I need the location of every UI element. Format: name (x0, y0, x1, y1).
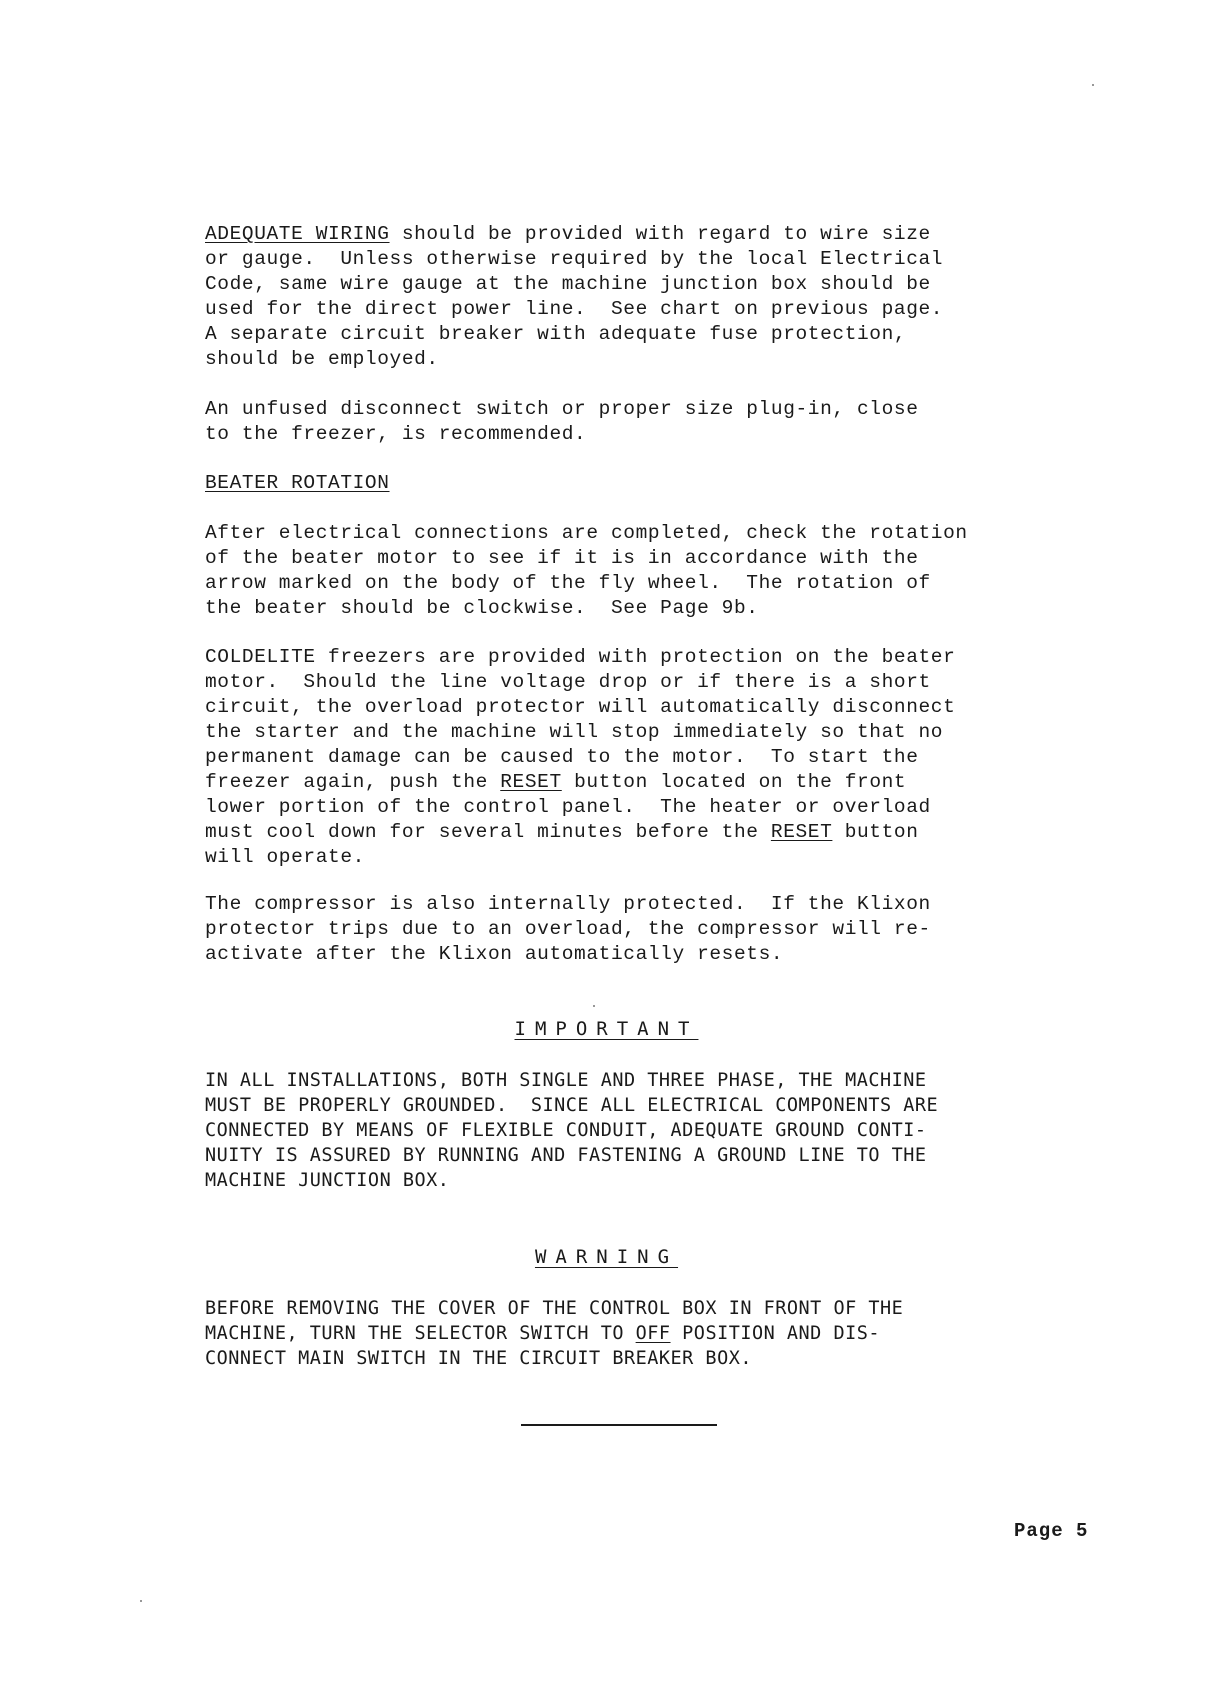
reset-term: RESET (500, 771, 562, 793)
text-line: MACHINE JUNCTION BOX. (205, 1168, 1165, 1193)
section-heading-beater-rotation: BEATER ROTATION (205, 471, 1165, 496)
text-line: permanent damage can be caused to the mo… (205, 745, 1165, 770)
text-line: NUITY IS ASSURED BY RUNNING AND FASTENIN… (205, 1143, 1165, 1168)
scan-speck (140, 1600, 142, 1602)
text-line: MUST BE PROPERLY GROUNDED. SINCE ALL ELE… (205, 1093, 1165, 1118)
text-line: must cool down for several minutes befor… (205, 820, 1165, 845)
scan-speck (1092, 84, 1094, 86)
paragraph-beater-rotation: After electrical connections are complet… (205, 521, 1165, 621)
text-line: of the beater motor to see if it is in a… (205, 546, 1165, 571)
text-line: CONNECTED BY MEANS OF FLEXIBLE CONDUIT, … (205, 1118, 1165, 1143)
text-line: Code, same wire gauge at the machine jun… (205, 272, 1165, 297)
text-line: IN ALL INSTALLATIONS, BOTH SINGLE AND TH… (205, 1068, 1165, 1093)
text-line: circuit, the overload protector will aut… (205, 695, 1165, 720)
text-line: freezer again, push the RESET button loc… (205, 770, 1165, 795)
text-line: After electrical connections are complet… (205, 521, 1165, 546)
reset-term: RESET (771, 821, 833, 843)
text-line: used for the direct power line. See char… (205, 297, 1165, 322)
text-line: CONNECT MAIN SWITCH IN THE CIRCUIT BREAK… (205, 1346, 1165, 1371)
paragraph-important: IN ALL INSTALLATIONS, BOTH SINGLE AND TH… (205, 1068, 1165, 1193)
warning-heading: WARNING (0, 1246, 1213, 1268)
text-line: activate after the Klixon automatically … (205, 942, 1165, 967)
text-line: will operate. (205, 845, 1165, 870)
text-line: the starter and the machine will stop im… (205, 720, 1165, 745)
section-heading-adequate-wiring: ADEQUATE WIRING (205, 223, 390, 245)
important-heading: IMPORTANT (0, 1018, 1213, 1040)
text-line: COLDELITE freezers are provided with pro… (205, 645, 1165, 670)
text-line: arrow marked on the body of the fly whee… (205, 571, 1165, 596)
text-line: ADEQUATE WIRING should be provided with … (205, 222, 1165, 247)
off-term: OFF (636, 1323, 671, 1344)
scan-speck (593, 1005, 595, 1007)
text-line: the beater should be clockwise. See Page… (205, 596, 1165, 621)
paragraph-warning: BEFORE REMOVING THE COVER OF THE CONTROL… (205, 1296, 1165, 1371)
paragraph-coldelite: COLDELITE freezers are provided with pro… (205, 645, 1165, 870)
text-line: protector trips due to an overload, the … (205, 917, 1165, 942)
page-number: Page 5 (1014, 1520, 1088, 1542)
text-line: lower portion of the control panel. The … (205, 795, 1165, 820)
text-line: An unfused disconnect switch or proper s… (205, 397, 1165, 422)
text-line: to the freezer, is recommended. (205, 422, 1165, 447)
text-line: The compressor is also internally protec… (205, 892, 1165, 917)
section-divider (521, 1424, 717, 1426)
text-line: BEFORE REMOVING THE COVER OF THE CONTROL… (205, 1296, 1165, 1321)
text-line: A separate circuit breaker with adequate… (205, 322, 1165, 347)
text-line: or gauge. Unless otherwise required by t… (205, 247, 1165, 272)
document-page: ADEQUATE WIRING should be provided with … (0, 0, 1213, 1694)
text-line: MACHINE, TURN THE SELECTOR SWITCH TO OFF… (205, 1321, 1165, 1346)
paragraph-compressor: The compressor is also internally protec… (205, 892, 1165, 967)
text-line: motor. Should the line voltage drop or i… (205, 670, 1165, 695)
text-line: should be employed. (205, 347, 1165, 372)
paragraph-disconnect: An unfused disconnect switch or proper s… (205, 397, 1165, 447)
paragraph-adequate-wiring: ADEQUATE WIRING should be provided with … (205, 222, 1165, 372)
